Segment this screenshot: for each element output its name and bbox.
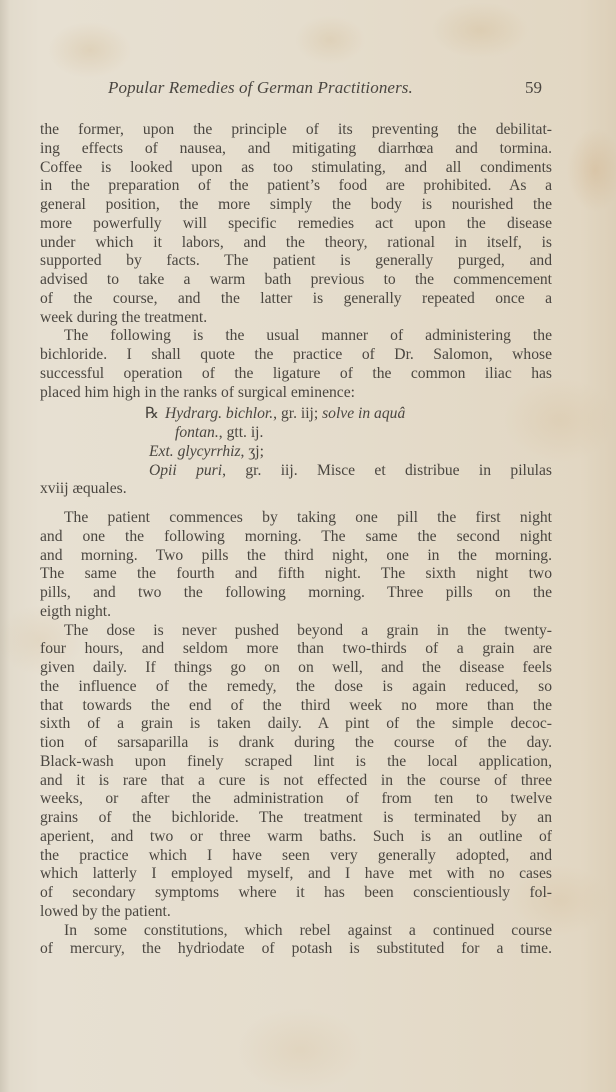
text-line: The dose is never pushed beyond a grain …: [40, 622, 552, 641]
prescription-line: Ext. glycyrrhiz, ʒj;: [40, 443, 552, 462]
prescription-block: ℞Hydrarg. bichlor., gr. iij; solve in aq…: [40, 405, 552, 499]
prescription-line: xviij æquales.: [40, 480, 552, 499]
instruction: solve in aquâ: [322, 405, 405, 422]
text-line: of secondary symptoms where it has been …: [40, 884, 552, 903]
text-line: The following is the usual manner of adm…: [40, 327, 552, 346]
running-title: Popular Remedies of German Practitioners…: [108, 78, 413, 98]
text-line: advised to take a warm bath previous to …: [40, 271, 552, 290]
book-page: Popular Remedies of German Practitioners…: [0, 0, 616, 1092]
prescription-line: fontan., gtt. ij.: [40, 424, 552, 443]
text-line: sixth of a grain is taken daily. A pint …: [40, 715, 552, 734]
drug-name: Hydrarg. bichlor.: [165, 405, 273, 422]
text-line: The patient commences by taking one pill…: [40, 509, 552, 528]
running-head: Popular Remedies of German Practitioners…: [108, 78, 542, 104]
text-line: under which it labors, and the theory, r…: [40, 234, 552, 253]
text-line: ing effects of nausea, and mitigating di…: [40, 140, 552, 159]
text-line: of the course, and the latter is general…: [40, 290, 552, 309]
text-line: four hours, and seldom more than two-thi…: [40, 640, 552, 659]
text-line: and it is rare that a cure is not effect…: [40, 772, 552, 791]
text-line: supported by facts. The patient is gener…: [40, 252, 552, 271]
text-line: Coffee is looked upon as too stimulating…: [40, 159, 552, 178]
text-line: which latterly I employed myself, and I …: [40, 865, 552, 884]
text-line: placed him high in the ranks of surgical…: [40, 384, 552, 403]
dose: , gtt. ij.: [219, 424, 264, 441]
text-line: given daily. If things go on on well, an…: [40, 659, 552, 678]
text-line: bichloride. I shall quote the practice o…: [40, 346, 552, 365]
prescription-symbol-icon: ℞: [145, 405, 159, 422]
dose: , ʒj;: [241, 443, 264, 460]
text-line: that towards the end of the third week n…: [40, 697, 552, 716]
dose: , gr. iij;: [273, 405, 322, 422]
paragraph-2: The following is the usual manner of adm…: [40, 327, 552, 402]
page-number: 59: [525, 78, 542, 98]
text-line: week during the treatment.: [40, 309, 552, 328]
drug-name: Opii puri: [149, 462, 222, 479]
text-line: the former, upon the principle of its pr…: [40, 121, 552, 140]
prescription-line: ℞Hydrarg. bichlor., gr. iij; solve in aq…: [40, 405, 552, 424]
paragraph-3: The patient commences by taking one pill…: [40, 509, 552, 622]
text-line: The same the fourth and fifth night. The…: [40, 565, 552, 584]
text-line: and one the following morning. The same …: [40, 528, 552, 547]
prescription-line: Opii puri, gr. iij. Misce et distribue i…: [40, 462, 552, 481]
text-line: general position, the more simply the bo…: [40, 196, 552, 215]
text-line: tion of sarsaparilla is drank during the…: [40, 734, 552, 753]
text-line: weeks, or after the administration of fr…: [40, 790, 552, 809]
text-line: pills, and two the following morning. Th…: [40, 584, 552, 603]
paragraph-5: In some constitutions, which rebel again…: [40, 922, 552, 960]
text-line: successful operation of the ligature of …: [40, 365, 552, 384]
instruction: fontan.: [175, 424, 219, 441]
text-line: eigth night.: [40, 603, 552, 622]
drug-name: Ext. glycyrrhiz: [149, 443, 241, 460]
paragraph-4: The dose is never pushed beyond a grain …: [40, 622, 552, 922]
text-line: in the preparation of the patient’s food…: [40, 177, 552, 196]
text-line: of mercury, the hydriodate of potash is …: [40, 940, 552, 959]
text-line: lowed by the patient.: [40, 903, 552, 922]
text-line: the influence of the remedy, the dose is…: [40, 678, 552, 697]
dose: , gr. iij. Misce et distribue in pilulas: [222, 462, 552, 479]
text-line: aperient, and two or three warm baths. S…: [40, 828, 552, 847]
text-line: the practice which I have seen very gene…: [40, 847, 552, 866]
text-line: more powerfully will specific remedies a…: [40, 215, 552, 234]
text-line: Black-wash upon finely scraped lint is t…: [40, 753, 552, 772]
text-line: and morning. Two pills the third night, …: [40, 547, 552, 566]
body-text: the former, upon the principle of its pr…: [40, 121, 552, 959]
paragraph-1: the former, upon the principle of its pr…: [40, 121, 552, 327]
text-line: In some constitutions, which rebel again…: [40, 922, 552, 941]
text-line: grains of the bichloride. The treatment …: [40, 809, 552, 828]
